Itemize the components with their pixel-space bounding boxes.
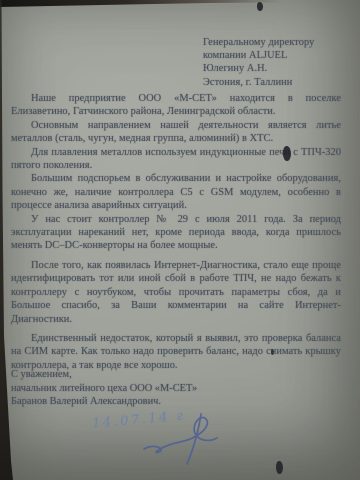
ink-blot (271, 349, 274, 355)
paragraph: Наше предприятие ООО «М-СЕТ» находится в… (11, 92, 341, 119)
recipient-line: Эстония, г. Таллинн (203, 76, 353, 89)
ink-blot (283, 146, 291, 161)
recipient-line: Юлегину А.Н. (203, 62, 353, 75)
letter-body: Наше предприятие ООО «М-СЕТ» находится в… (11, 92, 341, 372)
paragraph: Основным направлением нашей деятельности… (11, 119, 341, 146)
recipient-block: Генеральному директору компании ALJUEL Ю… (203, 36, 353, 89)
recipient-line: Генеральному директору (203, 36, 353, 49)
paragraph: Единственный недостаток, который я выяви… (11, 332, 341, 372)
paragraph: Большим подспорьем в обслуживании и наст… (11, 172, 341, 212)
closing-name: Баранов Валерий Александрович. (11, 395, 311, 409)
letter-photo: Генеральному директору компании ALJUEL Ю… (0, 0, 360, 480)
ink-blot (257, 2, 263, 11)
signature-stroke (138, 408, 243, 468)
ink-blot (276, 461, 283, 474)
paragraph: После того, как появилась Интернет-Диагн… (11, 259, 341, 326)
closing-position: начальник литейного цеха ООО «М-СЕТ» (11, 382, 311, 396)
paragraph: У нас стоит контроллер № 29 с июля 2011 … (11, 213, 341, 253)
paragraph: Для плавления металлов используем индукц… (11, 146, 341, 173)
recipient-line: компании ALJUEL (203, 49, 353, 62)
closing-salutation: С уважением, (11, 368, 311, 382)
closing-block: С уважением, начальник литейного цеха ОО… (11, 368, 311, 409)
